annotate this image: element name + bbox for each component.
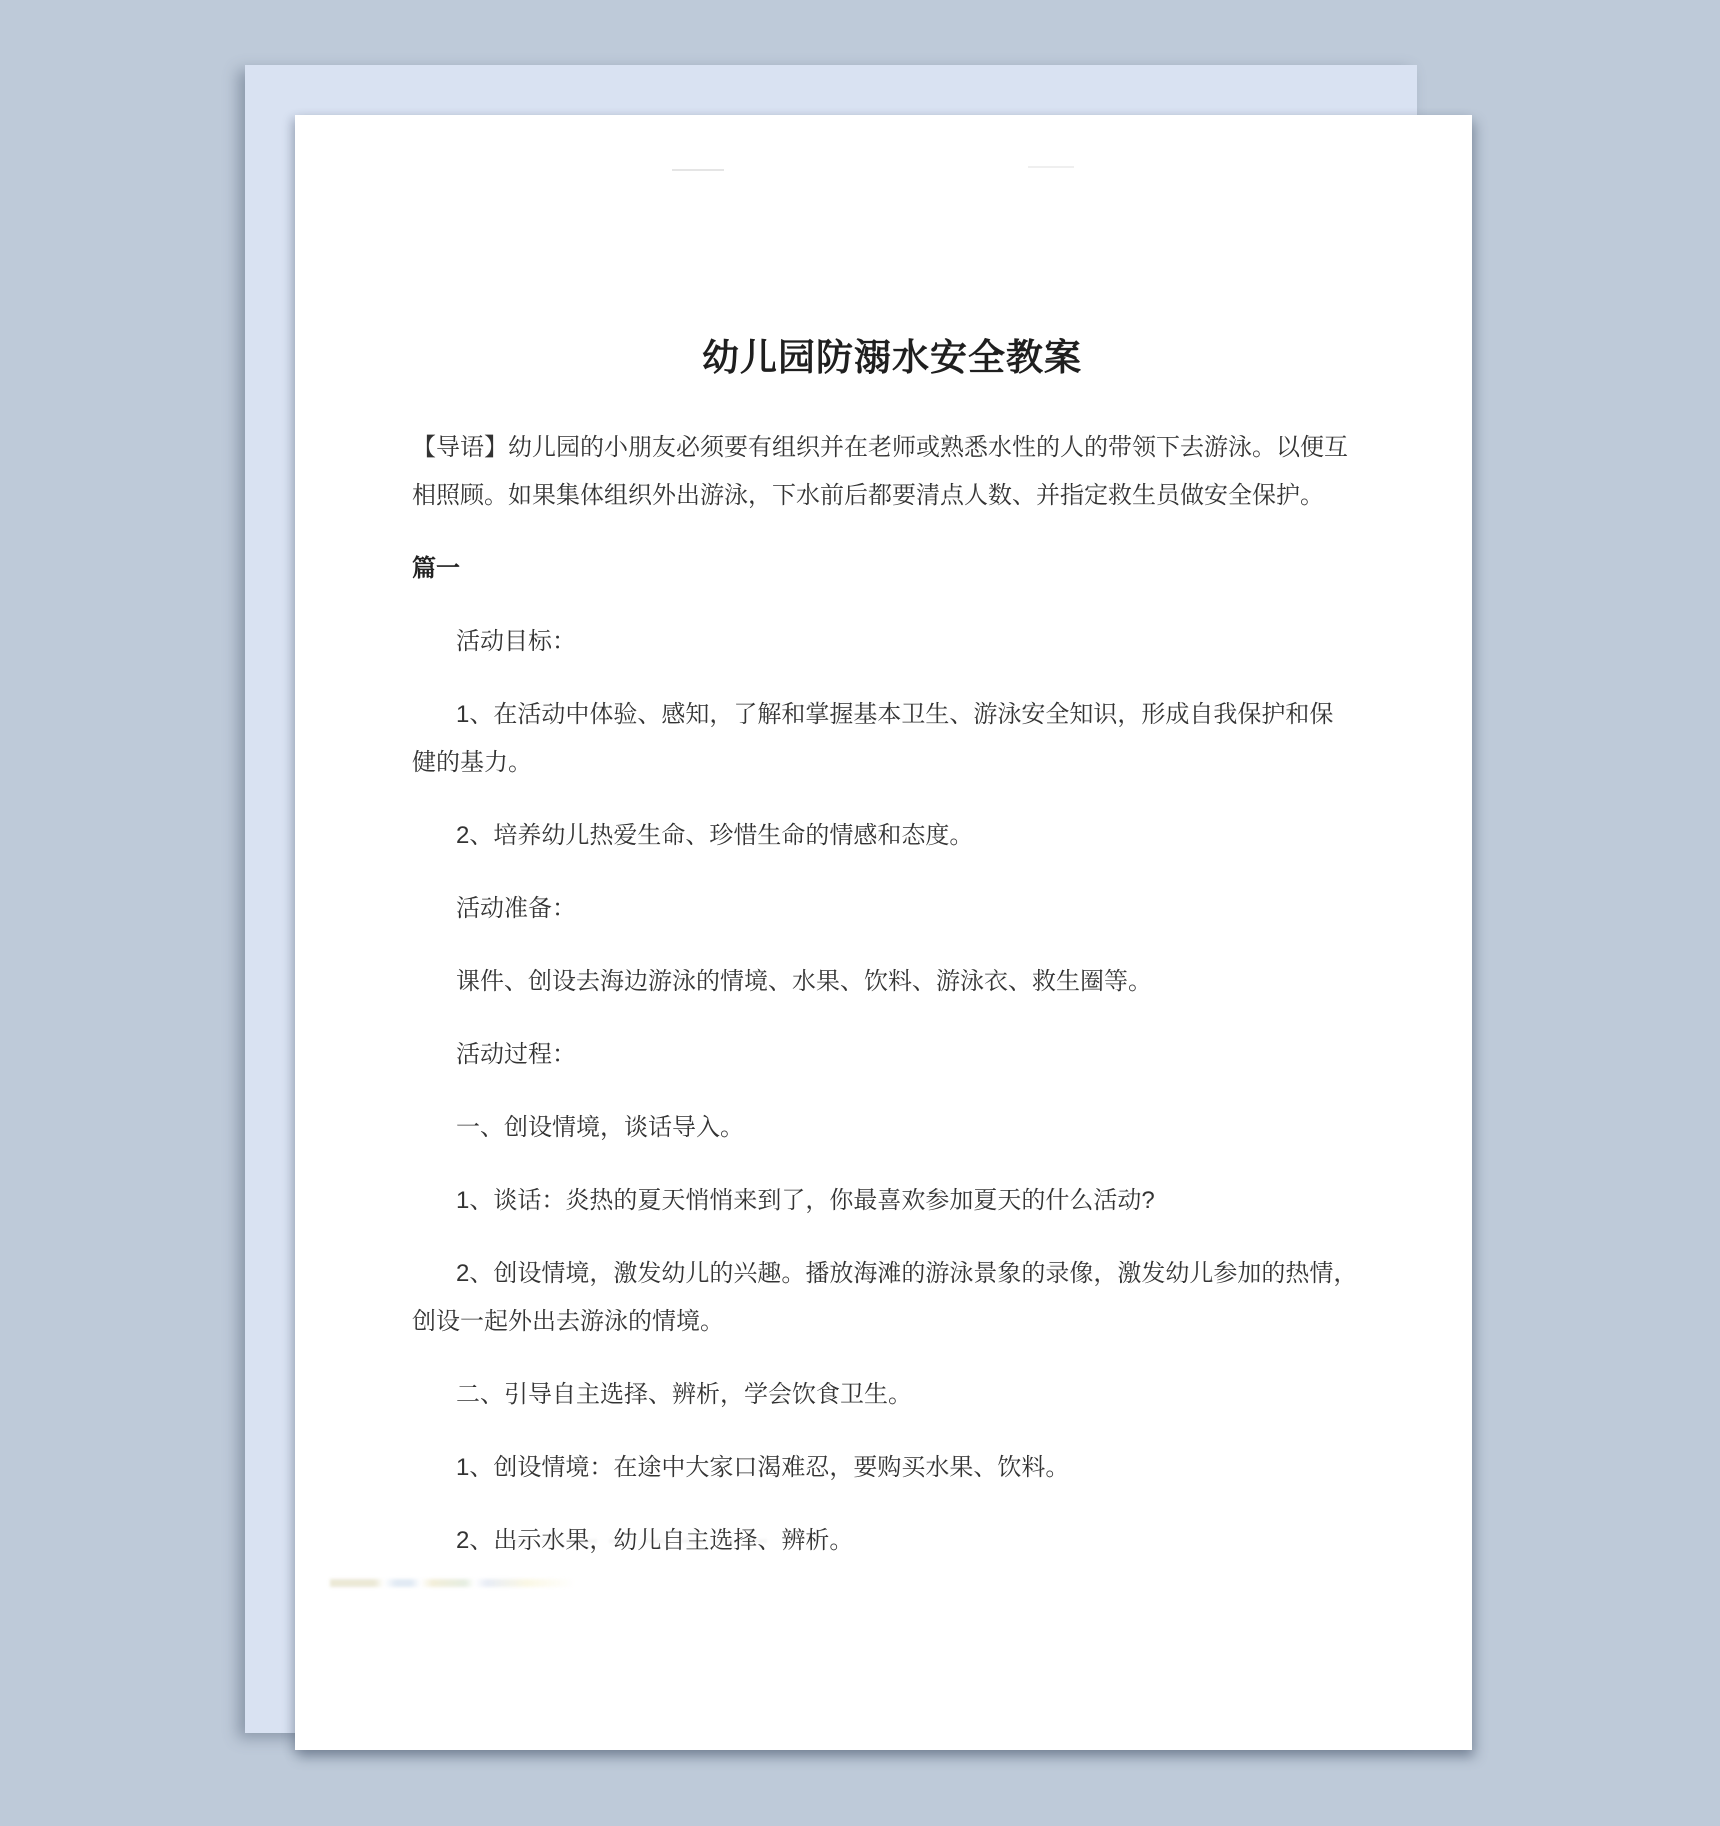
paragraph: 二、引导自主选择、辨析，学会饮食卫生。 <box>412 1371 1372 1419</box>
paragraph: 2、出示水果，幼儿自主选择、辨析。 <box>412 1517 1372 1565</box>
paragraph: 活动目标： <box>412 618 1372 666</box>
paragraph: 一、创设情境，谈话导入。 <box>412 1104 1372 1152</box>
section-heading: 篇一 <box>412 545 1372 593</box>
paragraph: 活动过程： <box>412 1031 1372 1079</box>
paragraph: 1、在活动中体验、感知，了解和掌握基本卫生、游泳安全知识，形成自我保护和保 健的… <box>412 691 1372 787</box>
paragraph: 2、培养幼儿热爱生命、珍惜生命的情感和态度。 <box>412 812 1372 860</box>
faint-scan-line <box>672 169 724 171</box>
document-body: 【导语】幼儿园的小朋友必须要有组织并在老师或熟悉水性的人的带领下去游泳。以便互 … <box>412 424 1372 1565</box>
paragraph: 1、谈话：炎热的夏天悄悄来到了，你最喜欢参加夏天的什么活动? <box>412 1177 1372 1225</box>
faint-watermark-smudge <box>330 1579 575 1587</box>
desk-background: 幼儿园防溺水安全教案 【导语】幼儿园的小朋友必须要有组织并在老师或熟悉水性的人的… <box>0 0 1720 1826</box>
paragraph: 2、创设情境，激发幼儿的兴趣。播放海滩的游泳景象的录像，激发幼儿参加的热情， 创… <box>412 1250 1372 1346</box>
document-page: 幼儿园防溺水安全教案 【导语】幼儿园的小朋友必须要有组织并在老师或熟悉水性的人的… <box>295 115 1472 1750</box>
paragraph: 课件、创设去海边游泳的情境、水果、饮料、游泳衣、救生圈等。 <box>412 958 1372 1006</box>
paragraph: 1、创设情境：在途中大家口渴难忍，要购买水果、饮料。 <box>412 1444 1372 1492</box>
paragraph: 活动准备： <box>412 885 1372 933</box>
faint-scan-line <box>1028 166 1074 168</box>
paragraph: 【导语】幼儿园的小朋友必须要有组织并在老师或熟悉水性的人的带领下去游泳。以便互 … <box>412 424 1372 520</box>
document-title: 幼儿园防溺水安全教案 <box>412 334 1372 382</box>
